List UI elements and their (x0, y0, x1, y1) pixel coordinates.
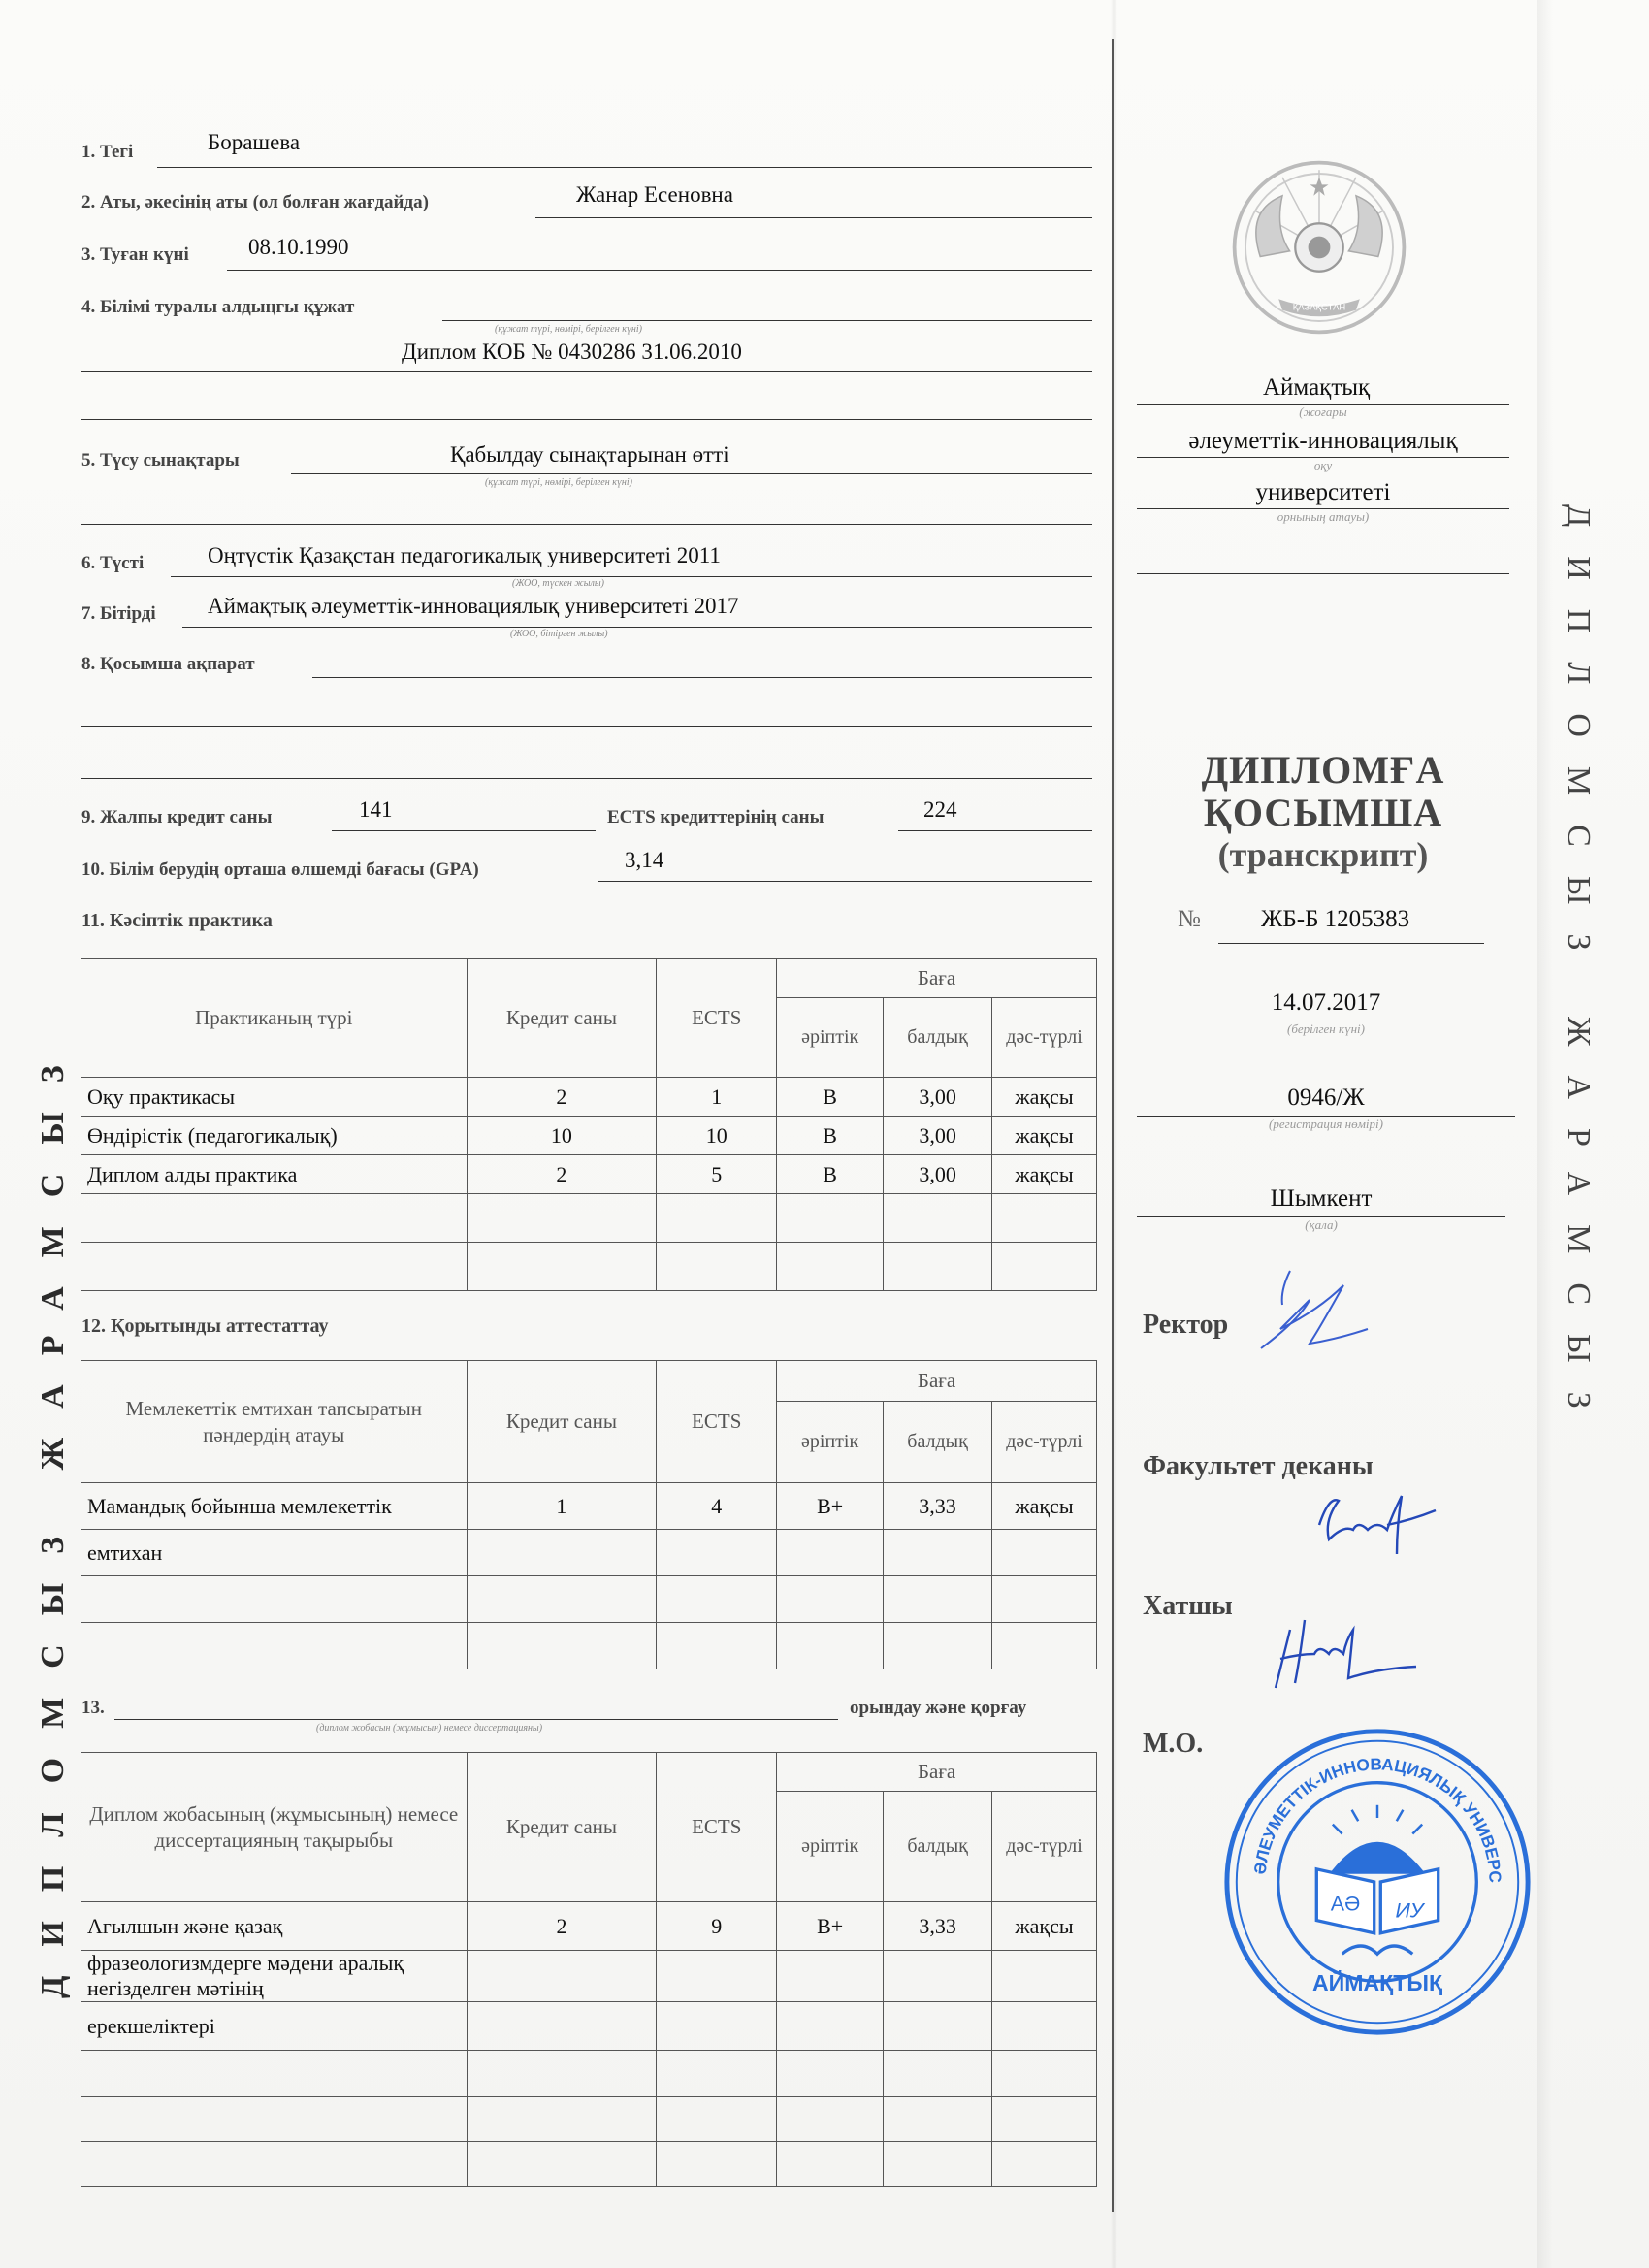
cell-name: Оқу практикасы (81, 1078, 468, 1117)
entered-value: Оңтүстік Қазақстан педагогикалық универс… (208, 543, 721, 568)
institution-hint-2: оқу (1137, 458, 1509, 473)
secretary-signature-icon (1261, 1610, 1426, 1698)
graduated-hint: (ЖОО, бітірген жылы) (510, 629, 608, 639)
cell-traditional: жақсы (992, 1078, 1097, 1117)
birth-date-line (227, 270, 1092, 271)
ects-credits-label: ECTS кредиттерінің саны (607, 807, 824, 828)
name-value: Жанар Есеновна (576, 182, 733, 208)
thesis-table: Диплом жобасының (жұмысының) немесе дисс… (81, 1752, 1097, 2187)
cell-ects (657, 1951, 777, 2002)
cell-credits: 10 (467, 1117, 657, 1155)
thesis-number: 13. (81, 1698, 105, 1719)
cell-traditional: жақсы (992, 1902, 1097, 1951)
gpa-label: 10. Білім берудің орташа өлшемді бағасы … (81, 859, 479, 881)
graduated-line (182, 627, 1092, 628)
reg-number-value: 0946/Ж (1137, 1085, 1515, 1112)
graduated-value: Аймақтық әлеуметтік-инновациялық универс… (208, 594, 739, 619)
gpa-line (598, 881, 1092, 882)
cell-name: Ағылшын және қазақ (81, 1902, 468, 1951)
svg-text:АЙМАҚТЫҚ: АЙМАҚТЫҚ (1312, 1969, 1442, 1995)
additional-info-line-2 (81, 726, 1092, 727)
table-row: Ағылшын және қазақ29B+3,33жақсы (81, 1902, 1097, 1951)
transcript-number-value: ЖБ-Б 1205383 (1261, 906, 1409, 933)
thesis-header-letter: әріптік (777, 1792, 884, 1902)
surname-value: Борашева (208, 130, 300, 155)
seal-label: М.О. (1143, 1729, 1203, 1760)
cell-name: ерекшеліктері (81, 2002, 468, 2051)
ects-credits-value: 224 (923, 797, 957, 823)
cell-traditional: жақсы (992, 1483, 1097, 1530)
svg-text:АӘ: АӘ (1331, 1893, 1360, 1916)
institution-hint-1: (жоғары (1137, 405, 1509, 420)
surname-line (157, 167, 1092, 168)
practice-header-letter: әріптік (777, 998, 884, 1078)
cell-name: Мамандық бойынша мемлекеттік (81, 1483, 468, 1530)
dean-label: Факультет деканы (1143, 1451, 1374, 1482)
thesis-header-traditional: дәс-түрлі (992, 1792, 1097, 1902)
institution-hint-3: орнының атауы) (1137, 509, 1509, 525)
practice-header-ects: ECTS (657, 959, 777, 1078)
institution-line-2: әлеуметтік-инновациялық (1137, 428, 1509, 455)
entrance-exams-value: Қабылдау сынақтарынан өтті (450, 442, 729, 468)
cell-name: емтихан (81, 1530, 468, 1576)
cell-credits (467, 1951, 657, 2002)
thesis-header-points: балдық (884, 1792, 992, 1902)
table-row: фразеологизмдерге мәдени аралық негіздел… (81, 1951, 1097, 2002)
title-line-3: (транскрипт) (1137, 834, 1509, 875)
graduated-label: 7. Бітірді (81, 603, 156, 625)
attestation-header-credits: Кредит саны (467, 1361, 657, 1483)
page-fold-shadow (1537, 0, 1553, 2268)
cell-name: Диплом алды практика (81, 1155, 468, 1194)
cell-ects: 1 (657, 1078, 777, 1117)
birth-date-value: 08.10.1990 (248, 235, 349, 260)
institution-name-block: Аймақтық (жоғары әлеуметтік-инновациялық… (1137, 374, 1509, 574)
cell-letter: B+ (777, 1902, 884, 1951)
entrance-exams-hint: (құжат түрі, нөмірі, берілген күні) (485, 477, 632, 488)
attestation-header-grade: Баға (777, 1361, 1097, 1402)
cell-traditional (992, 1530, 1097, 1576)
cell-points: 3,33 (884, 1483, 992, 1530)
secretary-label: Хатшы (1143, 1591, 1233, 1622)
practice-header-name: Практиканың түрі (81, 959, 468, 1078)
entrance-exams-line (291, 473, 1092, 474)
practice-header-points: балдық (884, 998, 992, 1078)
city-hint: (қала) (1137, 1217, 1505, 1233)
institution-underline-4 (1137, 573, 1509, 574)
total-credits-label: 9. Жалпы кредит саны (81, 807, 272, 828)
transcript-number-line (1218, 943, 1484, 944)
cell-traditional (992, 1951, 1097, 2002)
practice-table: Практиканың түрі Кредит саны ECTS Баға ә… (81, 958, 1097, 1291)
practice-header-grade: Баға (777, 959, 1097, 998)
cell-traditional (992, 2002, 1097, 2051)
title-line-2: ҚОСЫМША (1137, 792, 1509, 834)
cell-ects: 4 (657, 1483, 777, 1530)
svg-text:ИУ: ИУ (1395, 1898, 1425, 1922)
center-divider-line (1112, 39, 1114, 2212)
reg-number-hint: (регистрация нөмірі) (1137, 1117, 1515, 1132)
cell-credits (467, 2002, 657, 2051)
thesis-hint: (диплом жобасын (жұмысын) немесе диссерт… (316, 1723, 542, 1733)
cell-name: Өндірістік (педагогикалық) (81, 1117, 468, 1155)
cell-letter (777, 1951, 884, 2002)
practice-section-title: 11. Кәсіптік практика (81, 910, 273, 932)
attestation-table: Мемлекеттік емтихан тапсыратын пәндердің… (81, 1360, 1097, 1669)
cell-points: 3,00 (884, 1078, 992, 1117)
reg-number-block: 0946/Ж (регистрация нөмірі) (1137, 1085, 1515, 1132)
cell-points: 3,00 (884, 1117, 992, 1155)
cell-credits: 2 (467, 1078, 657, 1117)
thesis-header-name: Диплом жобасының (жұмысының) немесе дисс… (81, 1753, 468, 1902)
cell-credits: 2 (467, 1155, 657, 1194)
attestation-section-title: 12. Қорытынды аттестаттау (81, 1315, 329, 1338)
surname-label: 1. Тегі (81, 142, 133, 163)
practice-header-credits: Кредит саны (467, 959, 657, 1078)
cell-ects (657, 2002, 777, 2051)
transcript-number-label: № (1178, 906, 1201, 933)
thesis-header-grade: Баға (777, 1753, 1097, 1792)
city-value: Шымкент (1137, 1185, 1505, 1213)
cell-ects: 9 (657, 1902, 777, 1951)
prev-doc-line-2 (81, 371, 1092, 372)
transcript-title-block: ДИПЛОМҒА ҚОСЫМША (транскрипт) (1137, 749, 1509, 875)
prev-doc-value: Диплом КОБ № 0430286 31.06.2010 (402, 340, 742, 365)
rector-label: Ректор (1143, 1310, 1228, 1341)
issue-date-hint: (берілген күні) (1137, 1021, 1515, 1037)
issue-date-block: 14.07.2017 (берілген күні) (1137, 989, 1515, 1037)
attestation-header-points: балдық (884, 1402, 992, 1483)
entered-hint: (ЖОО, түскен жылы) (512, 578, 604, 589)
cell-letter: B (777, 1155, 884, 1194)
total-credits-value: 141 (359, 797, 393, 823)
table-row: Өндірістік (педагогикалық)1010B3,00жақсы (81, 1117, 1097, 1155)
birth-date-label: 3. Туған күні (81, 244, 189, 266)
table-row: Мамандық бойынша мемлекеттік14B+3,33жақс… (81, 1483, 1097, 1530)
university-seal-icon: ӘЛЕУМЕТТІК-ИННОВАЦИЯЛЫҚ УНИВЕРСИТЕТІ АӘ … (1217, 1722, 1537, 2042)
cell-credits: 2 (467, 1902, 657, 1951)
svg-text:ҚАЗАҚСТАН: ҚАЗАҚСТАН (1293, 303, 1346, 313)
thesis-header-credits: Кредит саны (467, 1753, 657, 1902)
cell-letter: B (777, 1078, 884, 1117)
state-emblem-icon: ҚАЗАҚСТАН (1227, 155, 1411, 340)
gpa-value: 3,14 (625, 848, 663, 873)
cell-points: 3,00 (884, 1155, 992, 1194)
issue-date-value: 14.07.2017 (1137, 989, 1515, 1017)
name-label: 2. Аты, әкесінің аты (ол болған жағдайда… (81, 192, 429, 213)
entrance-exams-label: 5. Түсу сынақтары (81, 450, 240, 471)
ects-credits-line (898, 830, 1092, 831)
margin-stamp-right: ДИПЛОМСЫЗ ЖАРАМСЫЗ (1560, 504, 1597, 1438)
entered-label: 6. Түсті (81, 553, 144, 574)
cell-points (884, 2002, 992, 2051)
attestation-header-name: Мемлекеттік емтихан тапсыратын пәндердің… (81, 1361, 468, 1483)
cell-points (884, 1951, 992, 2002)
dean-signature-icon (1300, 1486, 1445, 1564)
cell-traditional: жақсы (992, 1117, 1097, 1155)
additional-info-line-3 (81, 778, 1092, 779)
cell-ects: 10 (657, 1117, 777, 1155)
thesis-line (114, 1719, 838, 1720)
additional-info-label: 8. Қосымша ақпарат (81, 654, 255, 675)
cell-points (884, 1530, 992, 1576)
cell-credits: 1 (467, 1483, 657, 1530)
title-line-1: ДИПЛОМҒА (1137, 749, 1509, 792)
cell-letter (777, 1530, 884, 1576)
attestation-header-traditional: дәс-түрлі (992, 1402, 1097, 1483)
rector-signature-icon (1251, 1261, 1397, 1368)
prev-doc-label: 4. Білімі туралы алдыңғы құжат (81, 297, 354, 318)
cell-letter (777, 2002, 884, 2051)
margin-stamp-left: ДИПЛОМСЫЗ ЖАРАМСЫЗ (35, 1036, 72, 1998)
institution-line-3: университеті (1137, 479, 1509, 506)
table-row: Оқу практикасы21B3,00жақсы (81, 1078, 1097, 1117)
table-row: Диплом алды практика25B3,00жақсы (81, 1155, 1097, 1194)
table-row: емтихан (81, 1530, 1097, 1576)
additional-info-line (312, 677, 1092, 678)
prev-doc-line (442, 320, 1092, 321)
entrance-exams-line-2 (81, 524, 1092, 525)
cell-ects (657, 1530, 777, 1576)
total-credits-line (332, 830, 596, 831)
attestation-header-ects: ECTS (657, 1361, 777, 1483)
entered-line (171, 576, 1092, 577)
prev-doc-hint: (құжат түрі, нөмірі, берілген күні) (495, 324, 642, 335)
thesis-header-ects: ECTS (657, 1753, 777, 1902)
city-block: Шымкент (қала) (1137, 1185, 1505, 1233)
cell-name: фразеологизмдерге мәдени аралық негіздел… (81, 1951, 468, 2002)
cell-credits (467, 1530, 657, 1576)
cell-ects: 5 (657, 1155, 777, 1194)
thesis-suffix: орындау және қорғау (850, 1698, 1026, 1719)
practice-header-traditional: дәс-түрлі (992, 998, 1097, 1078)
cell-letter: B+ (777, 1483, 884, 1530)
cell-points: 3,33 (884, 1902, 992, 1951)
institution-line-1: Аймақтық (1137, 374, 1509, 402)
attestation-header-letter: әріптік (777, 1402, 884, 1483)
prev-doc-line-3 (81, 419, 1092, 420)
table-row: ерекшеліктері (81, 2002, 1097, 2051)
cell-letter: B (777, 1117, 884, 1155)
name-line (535, 217, 1092, 218)
cell-traditional: жақсы (992, 1155, 1097, 1194)
